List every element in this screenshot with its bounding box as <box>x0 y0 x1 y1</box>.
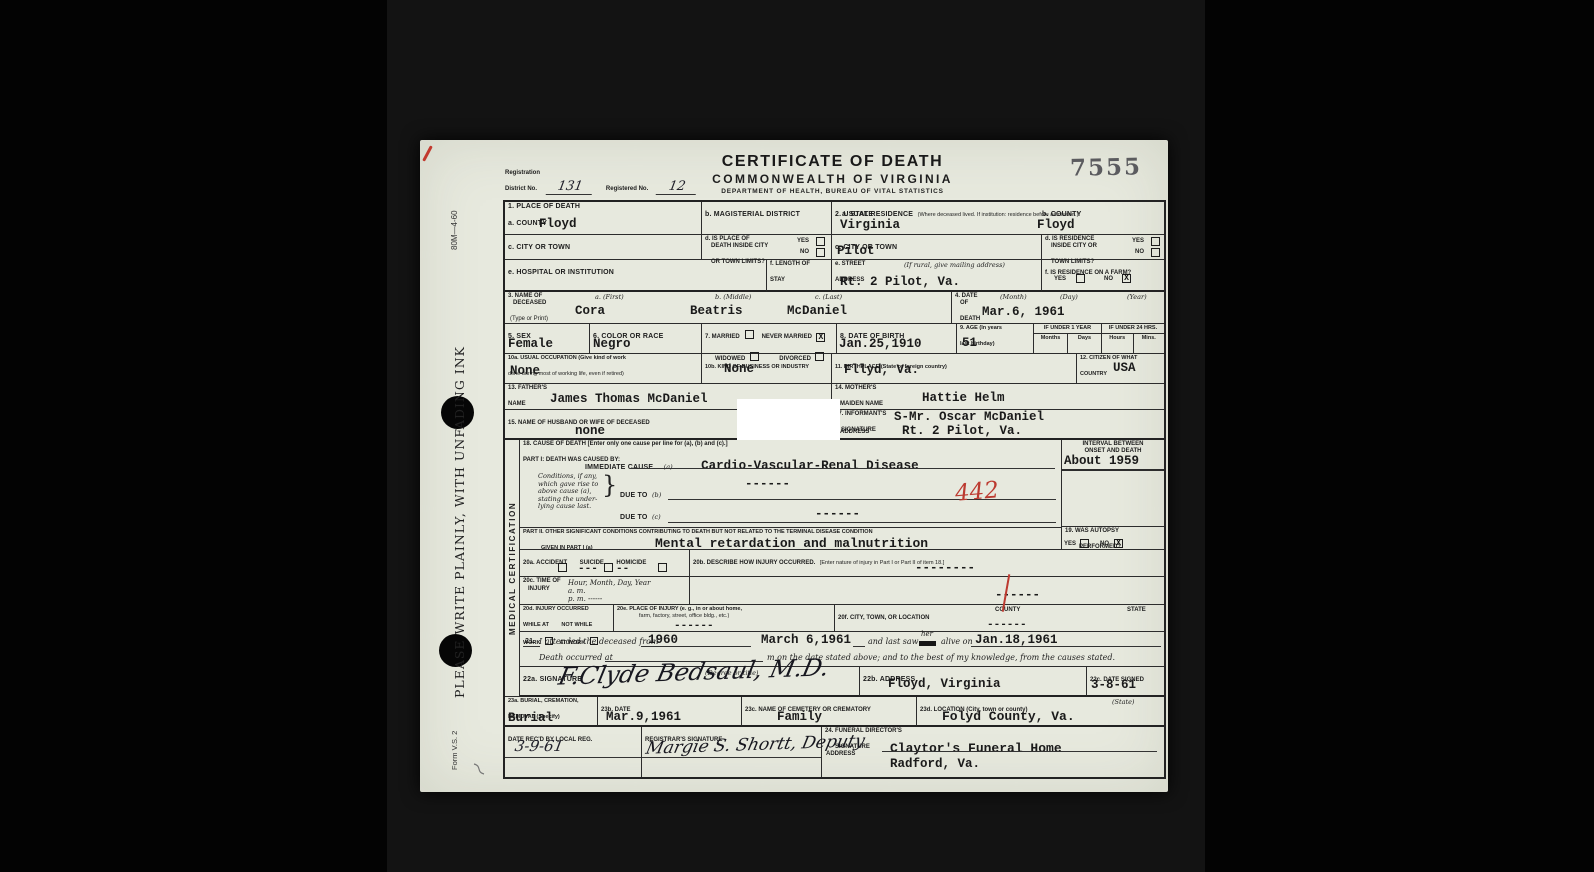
injury-occurred-label: 20d. INJURY OCCURRED <box>523 606 610 613</box>
farm-no-mark: X <box>1124 274 1129 283</box>
due-to-c-line <box>668 522 1056 523</box>
field-burial-location: 23d. LOCATION (City, town or county) (St… <box>917 697 1164 727</box>
father-label-1: 13. FATHER'S <box>508 385 828 392</box>
married-checkbox <box>745 330 754 339</box>
residence-limits-label-2: INSIDE CITY OR <box>1051 243 1161 250</box>
field-name-of-deceased: 3. NAME OF DECEASED (Type or Print) a. (… <box>505 292 952 324</box>
city-of-death-label: c. CITY OR TOWN <box>508 244 570 251</box>
never-married-mark: X <box>818 333 823 342</box>
residence-city-value: Pilot <box>837 245 875 258</box>
injury-state-label: STATE <box>1127 607 1146 614</box>
pm-label: p. m. ------ <box>568 595 602 604</box>
field-death-inside-limits: d. IS PLACE OF DEATH INSIDE CITY OR TOWN… <box>702 235 832 260</box>
mother-value: Hattie Helm <box>922 392 1005 405</box>
interval-value: About 1959 <box>1064 455 1139 468</box>
day-label: (Day) <box>1060 294 1078 302</box>
occupation-label-1: 10a. USUAL OCCUPATION (Give kind of work <box>508 355 698 362</box>
date-of-death-value: Mar.6, 1961 <box>982 306 1065 319</box>
father-label-2: NAME <box>508 401 526 407</box>
dob-value: Jan.25,1910 <box>839 338 922 351</box>
time-of-injury-label-2: INJURY <box>528 586 550 593</box>
never-married-label: NEVER MARRIED <box>762 334 812 340</box>
field-registrar-signature: REGISTRAR'S SIGNATURE Margie S. Shortt, … <box>642 727 822 777</box>
field-age: 9. AGE (In years last birthday) 51 <box>957 324 1034 354</box>
scanned-death-certificate: 80M—4-60 PLEASE WRITE PLAINLY, WITH UNFA… <box>0 0 1594 872</box>
attended-line-1 <box>641 646 751 647</box>
funeral-home-value: Claytor's Funeral Home <box>890 742 1062 755</box>
magisterial-district-label: b. MAGISTERIAL DISTRICT <box>705 211 800 218</box>
residence-limits-yes-label: YES <box>1132 238 1144 245</box>
field-time-of-injury-right: ------ <box>690 577 1164 605</box>
time-of-injury-label-1: 20c. TIME OF <box>523 578 561 585</box>
field-mother-name: 14. MOTHER'S MAIDEN NAME Hattie Helm <box>832 384 1164 410</box>
informant-address-value: Rt. 2 Pilot, Va. <box>902 425 1022 438</box>
date-of-death-label-3: DEATH <box>960 316 980 322</box>
county-value: Floyd <box>539 218 577 231</box>
field-sex: 5. SEX Female <box>505 324 590 354</box>
cause-a-line <box>630 468 1055 469</box>
b-label: (b) <box>652 492 661 500</box>
field-place-of-injury: 20e. PLACE OF INJURY (e. g., in or about… <box>614 605 835 632</box>
funeral-address-value: Radford, Va. <box>890 758 980 771</box>
part2-value: Mental retardation and malnutrition <box>655 537 928 550</box>
injury-county-label: COUNTY <box>995 607 1020 614</box>
suicide-dash-left: --- <box>578 563 598 575</box>
due-to-b-label: DUE TO <box>620 492 648 501</box>
certificate-title: CERTIFICATE OF DEATH <box>503 153 1162 171</box>
field-physician-signature: 22a. SIGNATURE (Degree or title) F.Clyde… <box>520 667 860 697</box>
field-time-of-injury: 20c. TIME OF Hour, Month, Day, Year INJU… <box>520 577 690 605</box>
death-limits-yes-checkbox <box>816 237 825 246</box>
time-dash-value: ------ <box>995 589 1040 602</box>
occupation-value: None <box>510 365 540 378</box>
residence-county-value: Floyd <box>1037 219 1075 232</box>
field-burial-date: 23b. DATE Mar.9,1961 <box>598 697 742 727</box>
birthplace-value: Fllyd, Va. <box>844 364 919 377</box>
death-limits-label-1: d. IS PLACE OF <box>705 236 828 243</box>
last-saw-text: and last saw <box>868 637 919 646</box>
field-date-signed: 22c. DATE SIGNED 3-8-61 <box>1087 667 1164 697</box>
death-limits-no-checkbox <box>816 248 825 257</box>
field-marital-status: 7. MARRIED NEVER MARRIED X WIDOWED DIVOR… <box>702 324 837 354</box>
registration-label-2: District No. <box>505 186 537 192</box>
physician-address-value: Floyd, Virginia <box>888 678 1001 691</box>
middle-name-value: Beatris <box>690 305 743 318</box>
residence-limits-no-label: NO <box>1135 249 1144 256</box>
funeral-home-line <box>882 751 1157 752</box>
describe-injury-label: 20b. DESCRIBE HOW INJURY OCCURRED. <box>693 560 815 566</box>
length-of-stay-label-1: f. LENGTH OF <box>770 261 828 268</box>
field-citizen: 12. CITIZEN OF WHAT COUNTRY USA <box>1077 354 1164 384</box>
field-date-of-death: 4. DATE OF DEATH (Month) (Day) (Year) Ma… <box>952 292 1164 324</box>
street-value: Rt. 2 Pilot, Va. <box>840 276 960 289</box>
field-interval: INTERVAL BETWEEN ONSET AND DEATH About 1… <box>1062 440 1164 470</box>
field-injury-location: 20f. CITY, TOWN, OR LOCATION COUNTY STAT… <box>835 605 1164 632</box>
write-plainly-note: PLEASE WRITE PLAINLY, WITH UNFADING INK <box>452 302 467 698</box>
stamp-number: 7555 <box>1070 153 1142 181</box>
registration-label-1: Registration <box>505 170 745 177</box>
citizen-value: USA <box>1113 362 1136 375</box>
him-strikeout <box>919 641 936 646</box>
interval-c-cell <box>1062 504 1164 527</box>
accident-checkbox <box>558 563 567 572</box>
certificate-paper: 80M—4-60 PLEASE WRITE PLAINLY, WITH UNFA… <box>420 140 1168 792</box>
married-label: 7. MARRIED <box>705 334 740 340</box>
autopsy-yes-label: YES <box>1064 541 1076 548</box>
state-value: Virginia <box>840 219 900 232</box>
street-note: (If rural, give mailing address) <box>904 262 1005 270</box>
father-value: James Thomas McDaniel <box>550 393 708 406</box>
red-pen-mark <box>422 145 433 161</box>
part2-label-1: PART II. OTHER SIGNIFICANT CONDITIONS CO… <box>523 529 1058 536</box>
under-1-year-label: IF UNDER 1 YEAR <box>1034 324 1101 334</box>
field-describe-injury: 20b. DESCRIBE HOW INJURY OCCURRED. [Ente… <box>690 550 1164 577</box>
cause-head-label: 18. CAUSE OF DEATH [Enter only one cause… <box>523 441 1058 448</box>
registration-district-number: 131 <box>546 180 595 195</box>
age-label-1: 9. AGE (In years <box>960 325 1030 332</box>
interval-b-cell <box>1062 470 1164 504</box>
name-label-3: (Type or Print) <box>510 316 548 322</box>
funeral-director-label-1: 24. FUNERAL DIRECTOR'S <box>825 728 1161 735</box>
attended-number: 21. <box>525 638 535 647</box>
last-name-value: McDaniel <box>787 305 847 318</box>
field-burial: 23a. BURIAL, CREMATION, REMOVAL (Specify… <box>505 697 598 727</box>
alive-on-text: alive on <box>941 637 973 646</box>
death-limits-yes-label: YES <box>797 238 809 245</box>
field-accident-suicide-homicide: 20a. ACCIDENT SUICIDE HOMICIDE --- -- <box>520 550 690 577</box>
attended-pre-text: I attended the deceased from <box>539 637 658 646</box>
interval-label-1: INTERVAL BETWEEN <box>1065 441 1161 448</box>
while-at-label: WHILE AT <box>523 622 549 628</box>
business-label: 10b. KIND OF BUSINESS OR INDUSTRY <box>705 364 809 370</box>
field-date-of-birth: 8. DATE OF BIRTH Jan.25,1910 <box>837 324 957 354</box>
farm-yes-label: YES <box>1054 276 1066 283</box>
attended-to-value: March 6,1961 <box>761 634 851 647</box>
field-city-of-death: c. CITY OR TOWN <box>505 235 702 260</box>
field-color-or-race: 6. COLOR OR RACE Negro <box>590 324 702 354</box>
due-to-c-label: DUE TO <box>620 514 648 523</box>
field-residence-on-farm: f. IS RESIDENCE ON A FARM? YES NO X <box>1042 260 1164 292</box>
field-informant: 17. INFORMANT'S SIGNATURE S-Mr. Oscar Mc… <box>832 410 1164 440</box>
hospital-label: e. HOSPITAL OR INSTITUTION <box>508 269 614 276</box>
field-if-under-24-hrs: IF UNDER 24 HRS. Hours Mins. <box>1102 324 1164 354</box>
farm-yes-checkbox <box>1076 274 1085 283</box>
form-code: Form V.S. 2 <box>450 712 459 770</box>
death-limits-label-2: DEATH INSIDE CITY <box>711 243 828 250</box>
pencil-mark <box>472 762 488 776</box>
farm-no-checkbox: X <box>1122 274 1131 283</box>
homicide-checkbox <box>658 563 667 572</box>
due-to-b-value: ------ <box>745 478 790 491</box>
registered-number: 12 <box>655 180 698 195</box>
attended-line-3 <box>971 646 1161 647</box>
informant-address-label: ADDRESS <box>840 429 869 436</box>
not-while-label: NOT WHILE <box>561 622 592 628</box>
suicide-checkbox <box>604 563 613 572</box>
residence-limits-no-checkbox <box>1151 248 1160 257</box>
field-date-received: DATE REC'D BY LOCAL REG. 3-9-61 <box>505 727 642 777</box>
hours-label: Hours <box>1102 334 1134 354</box>
first-name-label: a. (First) <box>595 294 624 302</box>
field-residence-city: c. CITY OR TOWN Pilot <box>832 235 1042 260</box>
burial-location-value: Folyd County, Va. <box>942 710 1075 723</box>
autopsy-no-mark: X <box>1116 539 1121 548</box>
length-of-stay-label-2: STAY <box>770 277 785 283</box>
injury-city-label: 20f. CITY, TOWN, OR LOCATION <box>838 615 929 621</box>
death-limits-no-label: NO <box>800 249 809 256</box>
race-value: Negro <box>593 338 631 351</box>
date-received-value: 3-9-61 <box>514 739 565 753</box>
first-name-value: Cora <box>575 305 605 318</box>
field-cemetery: 23c. NAME OF CEMETERY OR CREMATORY Famil… <box>742 697 917 727</box>
burial-state-label: (State) <box>1112 699 1134 707</box>
farm-no-label: NO <box>1104 276 1113 283</box>
place-of-injury-value: ------ <box>674 620 714 632</box>
autopsy-label-1: 19. WAS AUTOPSY <box>1065 528 1161 535</box>
days-label: Days <box>1068 334 1101 354</box>
age-value: 51 <box>962 337 977 350</box>
month-label: (Month) <box>1000 294 1027 302</box>
place-of-death-label: 1. PLACE OF DEATH <box>508 203 698 212</box>
autopsy-yes-checkbox <box>1080 539 1089 548</box>
burial-value: Burial <box>508 712 553 725</box>
spouse-value: none <box>575 425 605 438</box>
field-usual-residence: 2. USUAL RESIDENCE (Where deceased lived… <box>832 202 1164 235</box>
field-funeral-director: 24. FUNERAL DIRECTOR'S SIGNATURE Claytor… <box>822 727 1164 777</box>
field-physician-address: 22b. ADDRESS Floyd, Virginia <box>860 667 1087 697</box>
field-injury-at-work: 20d. INJURY OCCURRED WHILE AT NOT WHILE … <box>520 605 614 632</box>
residence-limits-yes-checkbox <box>1151 237 1160 246</box>
year-label: (Year) <box>1127 294 1147 302</box>
registered-number-label: Registered No. <box>606 186 648 192</box>
sex-value: Female <box>508 338 553 351</box>
field-autopsy: 19. WAS AUTOPSY PERFORMED? YES NO X <box>1062 527 1164 550</box>
describe-injury-value: -------- <box>915 562 975 575</box>
c-label: (c) <box>652 514 661 522</box>
field-hospital: e. HOSPITAL OR INSTITUTION <box>505 260 767 292</box>
field-due-to-c: DUE TO (c) ------ <box>520 504 1062 527</box>
registration-district: Registration District No. 131 Registered… <box>505 170 745 195</box>
autopsy-no-label: NO <box>1100 541 1109 548</box>
date-received-line <box>505 757 641 758</box>
mother-label-2: MAIDEN NAME <box>840 401 883 407</box>
field-place-of-death: 1. PLACE OF DEATH a. COUNTY Floyd <box>505 202 702 235</box>
burial-date-value: Mar.9,1961 <box>606 711 681 724</box>
months-label: Months <box>1034 334 1068 354</box>
mins-label: Mins. <box>1134 334 1165 354</box>
burial-label-1: 23a. BURIAL, CREMATION, <box>508 698 594 705</box>
medical-certification-label: MEDICAL CERTIFICATION <box>505 440 520 696</box>
field-length-of-stay: f. LENGTH OF STAY <box>767 260 832 292</box>
middle-name-label: b. (Middle) <box>715 294 751 302</box>
field-part2: PART II. OTHER SIGNIFICANT CONDITIONS CO… <box>520 527 1062 550</box>
cemetery-value: Family <box>777 711 822 724</box>
injury-county-value: ------ <box>987 619 1027 631</box>
field-usual-occupation: 10a. USUAL OCCUPATION (Give kind of work… <box>505 354 702 384</box>
attended-line-2 <box>853 646 865 647</box>
red-code-annotation: 442 <box>954 478 1000 506</box>
informant-value: S-Mr. Oscar McDaniel <box>894 411 1044 424</box>
certificate-form: 1. PLACE OF DEATH a. COUNTY Floyd b. MAG… <box>503 200 1166 779</box>
due-to-c-value: ------ <box>815 508 860 521</box>
medical-certification-strip: MEDICAL CERTIFICATION <box>505 440 520 697</box>
her-annotation: her <box>921 630 933 639</box>
field-magisterial-district: b. MAGISTERIAL DISTRICT <box>702 202 832 235</box>
print-code: 80M—4-60 <box>450 172 459 250</box>
last-name-label: c. (Last) <box>815 294 842 302</box>
conditions-brace: } <box>602 470 617 500</box>
suicide-dash-right: -- <box>616 563 629 575</box>
field-street-address: e. STREET ADDRESS (If rural, give mailin… <box>832 260 1042 292</box>
autopsy-no-checkbox: X <box>1114 539 1123 548</box>
never-married-checkbox: X <box>816 333 825 342</box>
field-birthplace: 11. BIRTHPLACE (State or foreign country… <box>832 354 1077 384</box>
place-of-injury-label-2: farm, factory, street, office bldg., etc… <box>639 613 831 620</box>
date-signed-value: 3-8-61 <box>1091 679 1136 692</box>
field-cause-of-death: 18. CAUSE OF DEATH [Enter only one cause… <box>520 440 1062 470</box>
field-residence-inside-limits: d. IS RESIDENCE INSIDE CITY OR TOWN LIMI… <box>1042 235 1164 260</box>
redaction-box <box>737 399 840 440</box>
citizen-label-2: COUNTRY <box>1080 371 1107 377</box>
field-business-industry: 10b. KIND OF BUSINESS OR INDUSTRY None <box>702 354 832 384</box>
business-value: None <box>724 363 754 376</box>
under-24-hrs-label: IF UNDER 24 HRS. <box>1102 324 1164 334</box>
field-if-under-1-year: IF UNDER 1 YEAR Months Days <box>1034 324 1102 354</box>
